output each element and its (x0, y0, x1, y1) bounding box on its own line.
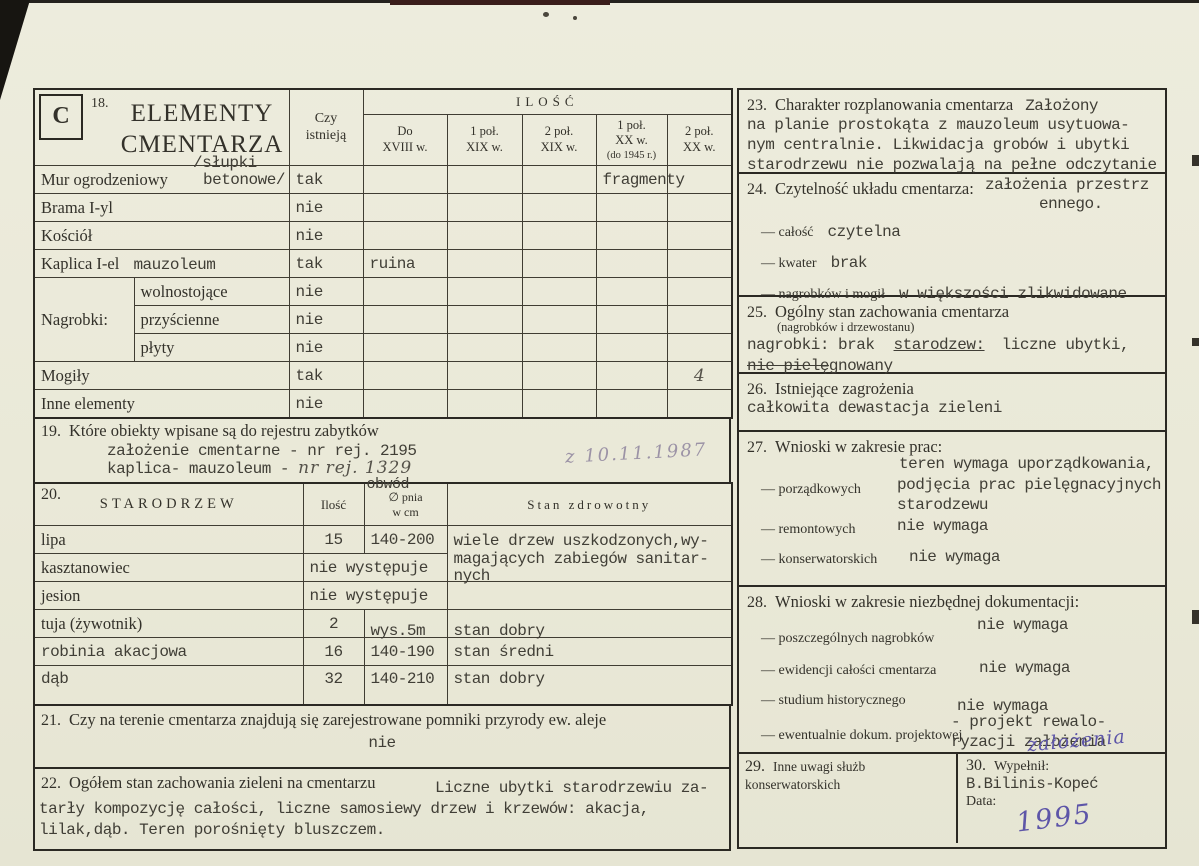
section-24-layout-legibility: 24.Czytelność układu cmentarza: założeni… (739, 174, 1165, 297)
typed-answer-line: tarły kompozycję całości, liczne samosie… (39, 800, 649, 818)
exists-value: nie (289, 306, 363, 334)
tree-name: robinia akacjowa (34, 638, 303, 666)
section-number: 24. (747, 181, 767, 198)
column-header-period-3: 2 poł.XIX w. (522, 115, 596, 166)
exists-value: nie (289, 278, 363, 306)
tree-health: stan dobry (447, 617, 732, 645)
section-29-conservation-remarks: 29.Inne uwagi służb konserwatorskich (739, 753, 958, 843)
section-heading: Które obiekty wpisane są do rejestru zab… (69, 421, 379, 440)
section-25-preservation-state: 25.Ogólny stan zachowania cmentarza (nag… (739, 297, 1165, 374)
column-header-period-4: 1 poł.XX w.(do 1945 r.) (596, 115, 667, 166)
section-heading: Wnioski w zakresie niezbędnej dokumentac… (775, 592, 1079, 611)
section-heading: Ogólny stan zachowania cmentarza (775, 302, 1009, 321)
row-label: Mur ogrodzeniowy /słupki betonowe/ (34, 166, 289, 194)
typed-girth-label: obwód (367, 476, 410, 494)
column-header-period-2: 1 poł.XIX w. (447, 115, 522, 166)
section-18-title: ELEMENTY CMENTARZA (117, 98, 287, 161)
table-row-wall: Mur ogrodzeniowy /słupki betonowe/ tak f… (34, 166, 732, 194)
row-label: Brama I-yl (34, 194, 289, 222)
work-item-tidying: — porządkowych (761, 482, 861, 498)
typed-answer-line: Liczne ubytki starodrzewiu za- (435, 779, 708, 797)
typed-overflow-line: założenia przestrz (985, 176, 1149, 194)
doc-item-historical-study: — studium historycznego (761, 693, 906, 709)
section-18-number: 18. (91, 96, 109, 112)
tree-row-oak: dąb 32 140-210 stan dobry (34, 666, 732, 706)
section-heading: Czy na terenie cmentarza znajdują się za… (69, 710, 606, 729)
section-heading: Wnioski w zakresie prac: (775, 437, 942, 456)
scan-speck (543, 12, 549, 17)
section-27-work-recommendations: 27.Wnioski w zakresie prac: teren wymaga… (739, 432, 1165, 587)
gravestones-group-label: Nagrobki: (34, 278, 134, 362)
typed-answer-line: starodzewu (897, 496, 988, 514)
table-row-chapel: Kaplica I-el mauzoleum tak ruina (34, 250, 732, 278)
typed-answer: brak (831, 254, 867, 272)
tree-name: tuja (żywotnik) (34, 610, 303, 638)
section-26-threats: 26.Istniejące zagrożenia całkowita dewas… (739, 374, 1165, 432)
legibility-item-quarters: — kwaterbrak (761, 254, 1157, 272)
filled-by-label: Wypełnił: (994, 759, 1049, 774)
section-number: 28. (747, 594, 767, 611)
section-subheading: (nagrobków i drzewostanu) (777, 320, 1157, 335)
typed-answer-line: nym centralnie. Likwidacja grobów i ubyt… (747, 135, 1157, 155)
typed-answer-line: starodrzewu nie pozwalają na pełne odczy… (747, 155, 1157, 175)
table-row-other-elements: Inne elementy nie (34, 390, 732, 419)
tree-absent: nie występuje (303, 582, 447, 610)
doc-item-project-documentation: — ewentualnie dokum. projektowej (761, 728, 962, 744)
section-number: 27. (747, 439, 767, 456)
section-number: 30. (966, 757, 986, 774)
table-row-gate: Brama I-yl nie (34, 194, 732, 222)
quantity-value: fragmenty (596, 166, 667, 194)
table-row-graves: Mogiły tak 4 (34, 362, 732, 390)
typed-answer: nie wymaga (909, 548, 1000, 566)
column-header-girth: obwód ∅ pnia w cm (364, 483, 447, 526)
section-letter-box: C (39, 94, 83, 140)
scan-corner-shadow (0, 0, 30, 100)
section-heading: Czytelność układu cmentarza: (775, 179, 974, 198)
scan-edge-mark (1192, 338, 1199, 346)
handwritten-register-number: nr rej. 1329 (298, 458, 412, 478)
section-heading: Ogółem stan zachowania zieleni na cmenta… (69, 773, 375, 792)
tree-name: jesion (34, 582, 303, 610)
scan-top-edge-stain (390, 0, 610, 5)
typed-answer-line: nagrobki: brak starodzew: liczne ubytki, (747, 335, 1157, 356)
typed-answer: Założony (1025, 97, 1098, 115)
section-23-layout-character: 23.Charakter rozplanowania cmentarza Zał… (739, 90, 1165, 174)
column-header-exists: Czy istnieją (289, 89, 363, 166)
row-label: płyty (134, 334, 289, 362)
quantity-value: ruina (363, 250, 447, 278)
struck-typed-text: nie pielę (747, 357, 829, 375)
tree-name: kasztanowiec (34, 554, 303, 582)
column-header-quantity: ILOŚĆ (363, 89, 732, 115)
scan-edge-mark (1192, 610, 1199, 624)
section-30-filled-by: 30.Wypełnił: B.Bilinis-Kopeć Data: 1995 (958, 753, 1161, 843)
tree-count: 15 (303, 526, 364, 554)
section-number: 29. (745, 758, 765, 775)
section-number: 20. (41, 486, 61, 504)
exists-value: nie (289, 334, 363, 362)
section-heading: Istniejące zagrożenia (775, 379, 914, 398)
column-header-count: Ilość (303, 483, 364, 526)
section-number: 23. (747, 97, 767, 114)
typed-note: betonowe/ (203, 171, 285, 189)
tree-name: lipa (34, 526, 303, 554)
scan-speck (573, 16, 577, 20)
exists-value: tak (289, 250, 363, 278)
column-header-period-5: 2 poł.XX w. (667, 115, 732, 166)
exists-value: nie (289, 390, 363, 419)
section-21-nature-monuments: 21.Czy na terenie cmentarza znajdują się… (33, 704, 731, 769)
bottom-row: 29.Inne uwagi służb konserwatorskich 30.… (739, 753, 1161, 843)
tree-name: dąb (34, 666, 303, 706)
tree-count: 32 (303, 666, 364, 706)
quantity-value-handwritten: 4 (667, 362, 732, 390)
tree-count: 2 (303, 610, 364, 638)
exists-value: tak (289, 362, 363, 390)
row-label: Inne elementy (34, 390, 289, 419)
doc-item-individual-gravestones: — poszczególnych nagrobków (761, 631, 934, 647)
section-number: 25. (747, 304, 767, 321)
typed-answer: nie wymaga (979, 659, 1070, 677)
form-left-column: C 18. ELEMENTY CMENTARZA Czy istnieją IL… (33, 88, 731, 851)
typed-note: /słupki (193, 154, 257, 172)
tree-row-thuja: tuja (żywotnik) 2 wys.5m stan dobry (34, 610, 732, 638)
typed-answer: całkowita dewastacja zieleni (747, 399, 1157, 417)
row-label: Kościół (34, 222, 289, 250)
typed-note: mauzoleum (133, 256, 215, 274)
typed-answer-line: na planie prostokąta z mauzoleum usytuow… (747, 115, 1157, 135)
typed-answer-line: podjęcia prac pielęgnacyjnych (897, 476, 1161, 494)
row-label: Kaplica I-el mauzoleum (34, 250, 289, 278)
section-19-register: 19.Które obiekty wpisane są do rejestru … (33, 417, 731, 484)
form-right-column: 23.Charakter rozplanowania cmentarza Zał… (737, 88, 1167, 849)
tree-health: wiele drzew uszkodzonych,wy- magających … (447, 532, 732, 588)
section-22-greenery-state: 22.Ogółem stan zachowania zieleni na cme… (33, 767, 731, 851)
tree-health: stan dobry (447, 666, 732, 706)
table-row-gravestones-wall: przyścienne nie (34, 306, 732, 334)
exists-value: tak (289, 166, 363, 194)
row-label: przyścienne (134, 306, 289, 334)
section-number: 22. (41, 775, 61, 792)
row-label: wolnostojące (134, 278, 289, 306)
table-row-gravestones-freestanding: Nagrobki: wolnostojące nie (34, 278, 732, 306)
column-header-health: Stan zdrowotny (447, 483, 732, 526)
table-row-gravestones-slabs: płyty nie (34, 334, 732, 362)
section-letter: C (52, 103, 69, 129)
section-number: 19. (41, 423, 61, 440)
scan-edge-mark (1192, 155, 1199, 166)
tree-girth: 140-210 (364, 666, 447, 706)
tree-absent: nie występuje (303, 554, 447, 582)
doc-item-whole-cemetery-record: — ewidencji całości cmentarza (761, 663, 936, 679)
section-heading: Charakter rozplanowania cmentarza (775, 95, 1013, 114)
typed-answer: nie (41, 734, 723, 752)
column-header-period-1: DoXVIII w. (363, 115, 447, 166)
typed-answer-line: - projekt rewalo- (951, 713, 1106, 731)
typed-author-name: B.Bilinis-Kopeć (966, 775, 1153, 793)
tree-girth: 140-200 (364, 526, 447, 554)
work-item-repairs: — remontowych (761, 522, 855, 538)
typed-overflow-line: ennego. (1039, 195, 1103, 213)
typed-answer-line: teren wymaga uporządkowania, (899, 455, 1154, 473)
row-label: Mogiły (34, 362, 289, 390)
typed-answer: nie wymaga (897, 517, 988, 535)
section-number: 26. (747, 381, 767, 398)
exists-value: nie (289, 222, 363, 250)
section-28-documentation-recommendations: 28.Wnioski w zakresie niezbędnej dokumen… (739, 587, 1165, 754)
typed-answer: czytelna (827, 223, 900, 241)
section-number: 21. (41, 712, 61, 729)
tree-girth: wys.5m (364, 617, 447, 645)
elements-table: C 18. ELEMENTY CMENTARZA Czy istnieją IL… (33, 88, 733, 419)
typed-answer: nie wymaga (977, 616, 1068, 634)
old-trees-header: 20. STARODRZEW (34, 483, 303, 526)
tree-count: 16 (303, 638, 364, 666)
table-row-church: Kościół nie (34, 222, 732, 250)
underlined-typed-text: starodzew: (894, 336, 985, 354)
typed-answer-line: lilak,dąb. Teren porośnięty bluszczem. (39, 821, 385, 839)
legibility-item-whole: — całośćczytelna (761, 223, 1157, 241)
old-trees-table: 20. STARODRZEW Ilość obwód ∅ pnia w cm S… (33, 482, 733, 706)
work-item-conservation: — konserwatorskich (761, 552, 877, 568)
tree-row-linden: lipa 15 140-200 wiele drzew uszkodzonych… (34, 526, 732, 554)
exists-value: nie (289, 194, 363, 222)
